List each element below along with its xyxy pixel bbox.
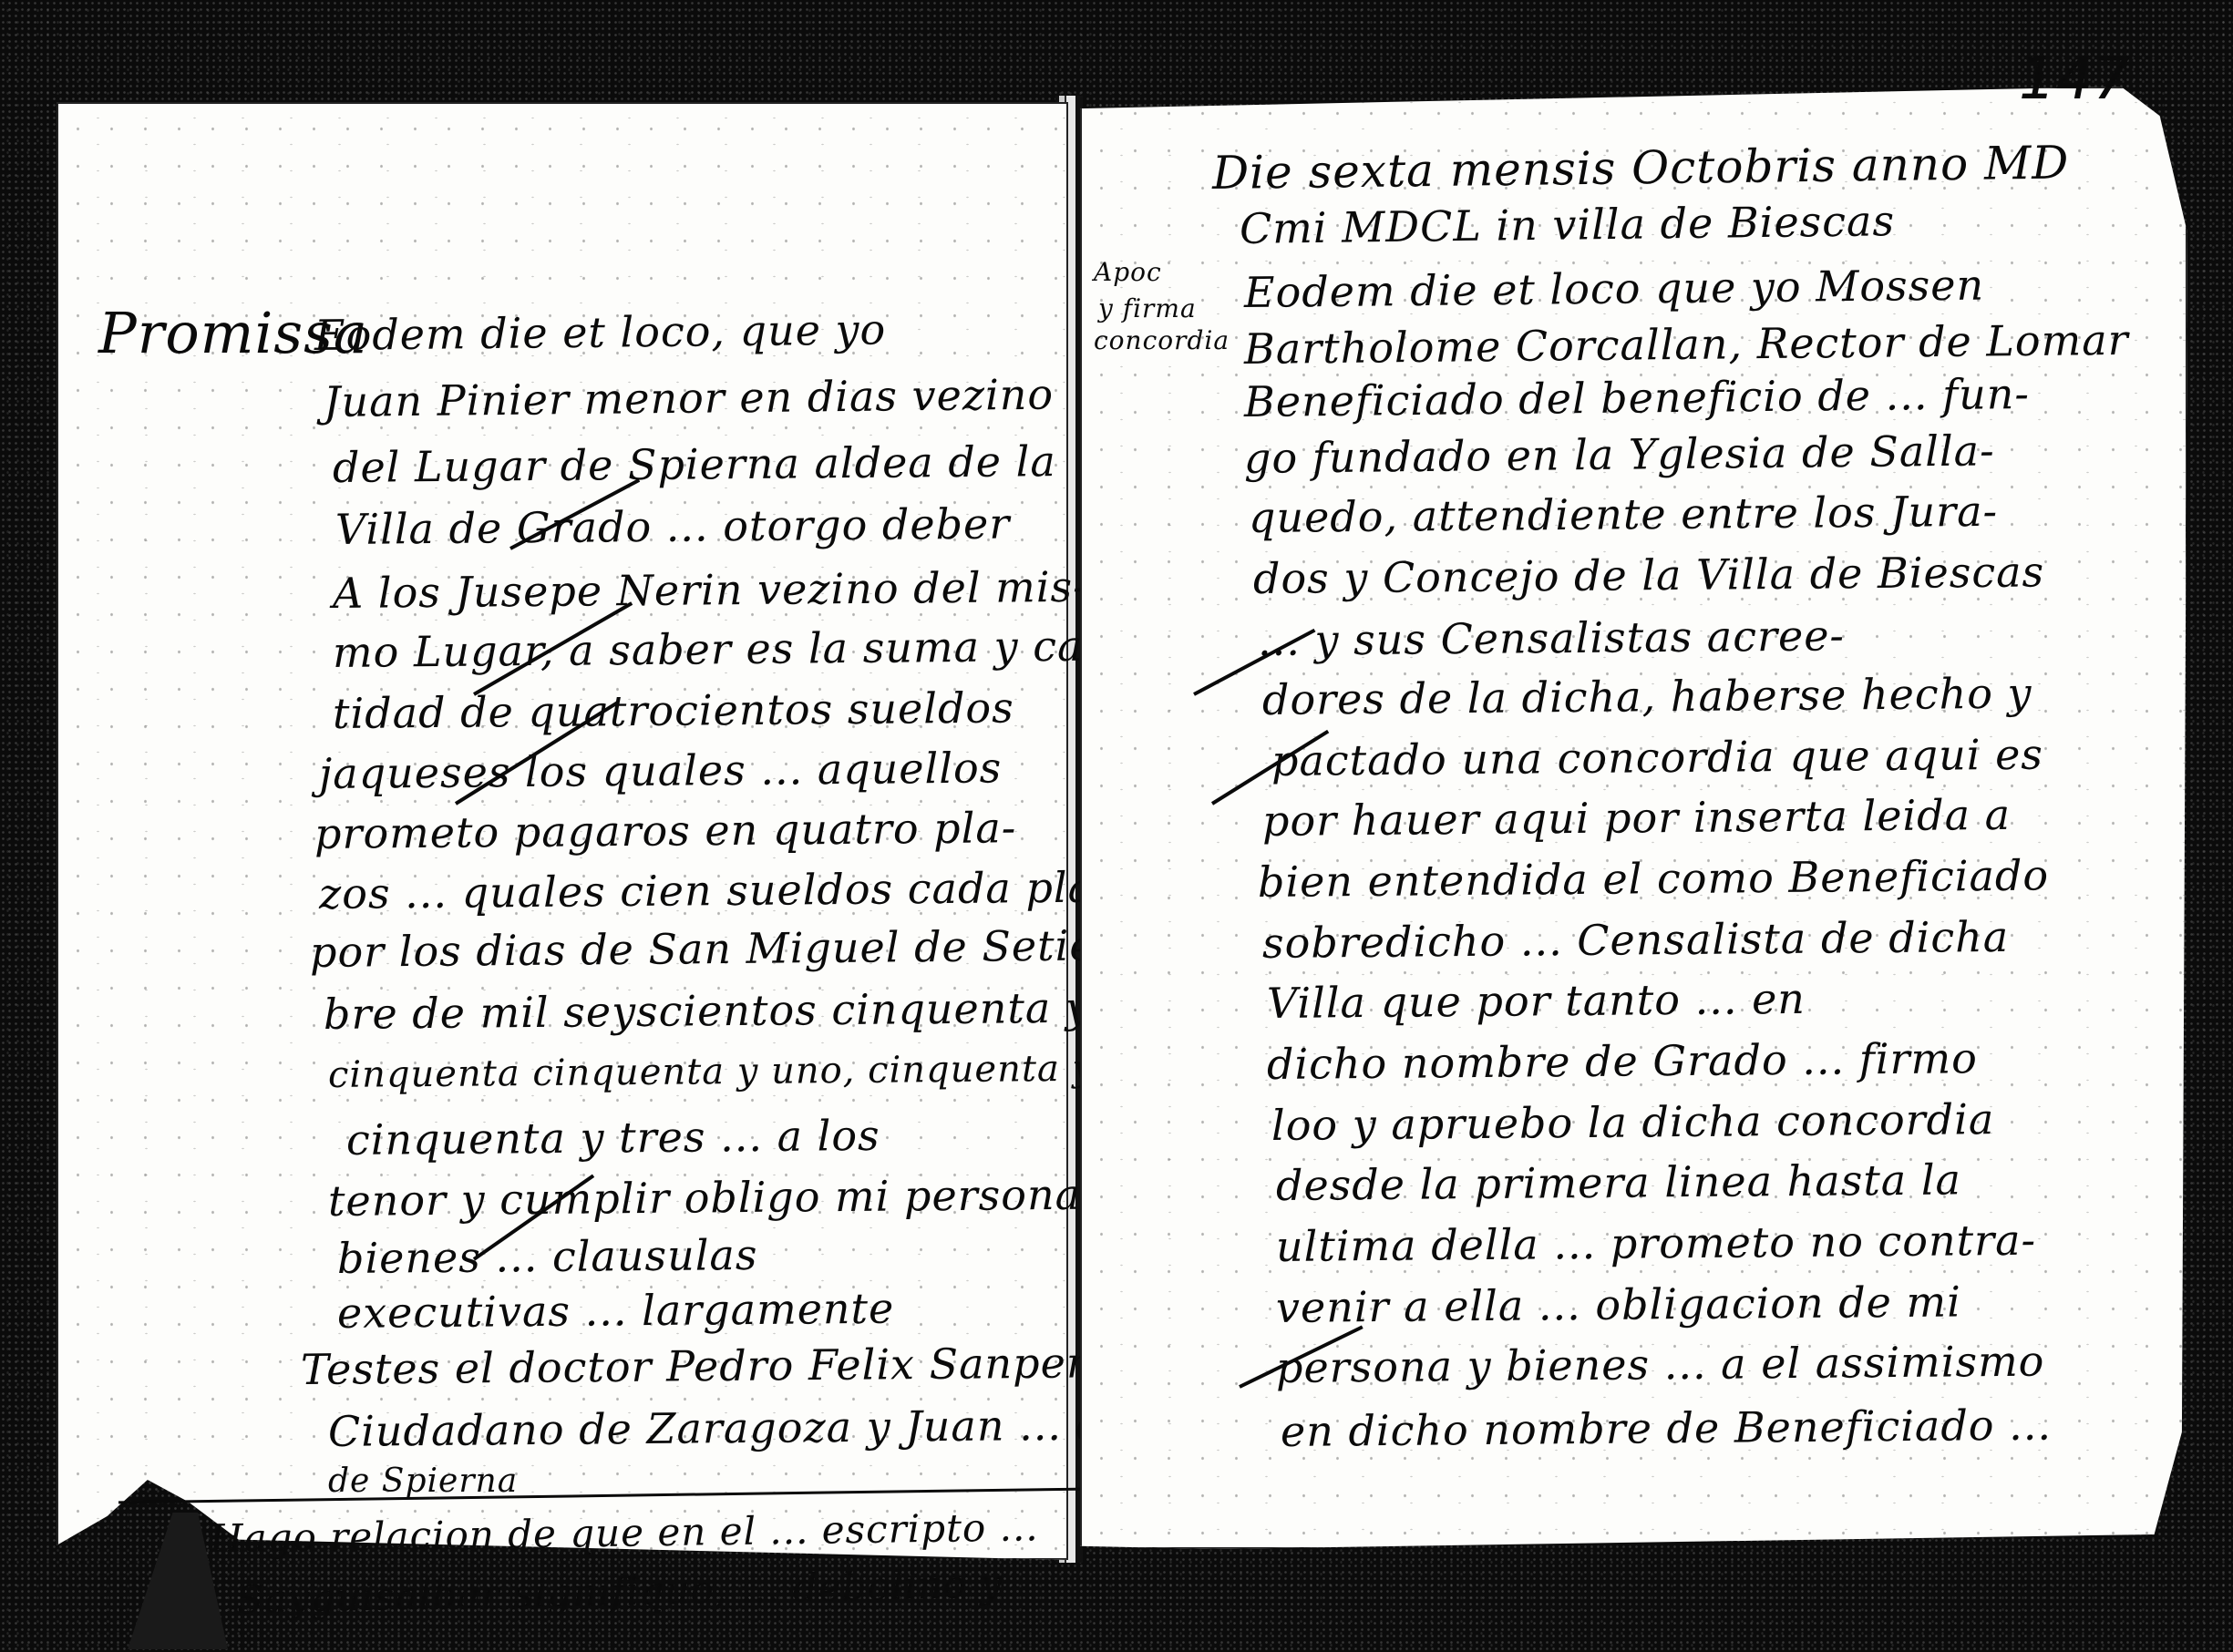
text-line: persona y bienes ... a el assimismo (1276, 1340, 2045, 1389)
text-line: dicho nombre de Grado ... firmo (1267, 1037, 1978, 1085)
text-line: dores de la dicha, haberse hecho y (1262, 672, 2032, 721)
text-line: tenor y cumplir obligo mi persona y (328, 1173, 1120, 1222)
text-line: zos ... quales cien sueldos cada plazo (319, 866, 1143, 915)
text-line: bre de mil seyscientos cinquenta y (324, 987, 1090, 1035)
text-line: en dicho nombre de Beneficiado ... (1281, 1404, 2052, 1452)
text-line: Villa que por tanto ... en (1267, 978, 1806, 1024)
footer-line: Hago relacion de que en el ... escripto … (210, 1508, 1039, 1558)
text-line: prometo pagaros en quatro pla- (314, 806, 1017, 855)
text-line: Juan Pinier menor en dias vezino (324, 374, 1055, 423)
text-line: executivas ... largamente (337, 1288, 895, 1334)
text-line: por los dias de San Miguel de Setiem- (310, 924, 1151, 973)
text-line: ... y sus Censalistas acree- (1258, 614, 1845, 662)
margin-note-line: y firma (1098, 296, 1197, 322)
text-line: loo y apruebo la dicha concordia (1271, 1098, 1995, 1146)
folio-number: 147 (2019, 46, 2130, 113)
text-line: Bartholome Corcallan, Rector de Lomar (1244, 319, 2129, 370)
text-line: Villa de Grado ... otorgo deber (335, 503, 1011, 550)
text-line: jaqueses los quales ... aquellos (319, 746, 1003, 795)
text-line: Beneficiado del beneficio de ... fun- (1244, 373, 2030, 423)
text-line: A los Jusepe Nerin vezino del mis- (333, 566, 1088, 614)
text-line: venir a ella ... obligacion de mi (1276, 1280, 1961, 1329)
text-line: Cmi MDCL in villa de Biescas (1240, 200, 1896, 250)
text-line: sobredicho ... Censalista de dicha (1262, 916, 2010, 964)
text-line: de Spierna (328, 1465, 518, 1498)
text-line: bienes ... clausulas (337, 1234, 758, 1279)
margin-note-line: concordia (1094, 328, 1230, 354)
text-line: cinquenta cinquenta y uno, cinquenta y d… (328, 1050, 1208, 1093)
text-line: go fundado en la Yglesia de Salla- (1244, 429, 1995, 479)
text-line: por hauer aqui por inserta leida a (1262, 794, 2011, 842)
text-line: Eodem die et loco, que yo (314, 308, 887, 356)
text-line: Ciudadano de Zaragoza y Juan ... del (328, 1403, 1144, 1452)
text-line: pactado una concordia que aqui es (1271, 734, 2043, 782)
text-line: Testes el doctor Pedro Felix Sanper (301, 1341, 1087, 1390)
text-line: ultima della ... prometo no contra- (1276, 1219, 2036, 1267)
text-line: del Lugar de Spierna aldea de la (333, 440, 1056, 488)
margin-note-line: Apoc (1094, 260, 1162, 285)
text-line: bien entendida el como Beneficiado (1258, 854, 2049, 903)
text-line: Die sexta mensis Octobris anno MD (1212, 140, 2070, 196)
text-line: tidad de quatrocientos sueldos (333, 686, 1014, 734)
footer-line: Sayguisalbar signifiquo, ... debolino y (237, 1565, 1003, 1619)
text-line: mo Lugar, a saber es la suma y can- (333, 624, 1127, 673)
text-line: cinquenta y tres ... a los (346, 1114, 880, 1161)
text-line: dos y Concejo de la Villa de Biescas (1253, 550, 2045, 600)
text-line: desde la primera linea hasta la (1276, 1158, 1961, 1206)
text-line: Eodem die et loco que yo Mossen (1244, 263, 1985, 313)
text-line: quedo, attendiente entre los Jura- (1249, 490, 1998, 539)
